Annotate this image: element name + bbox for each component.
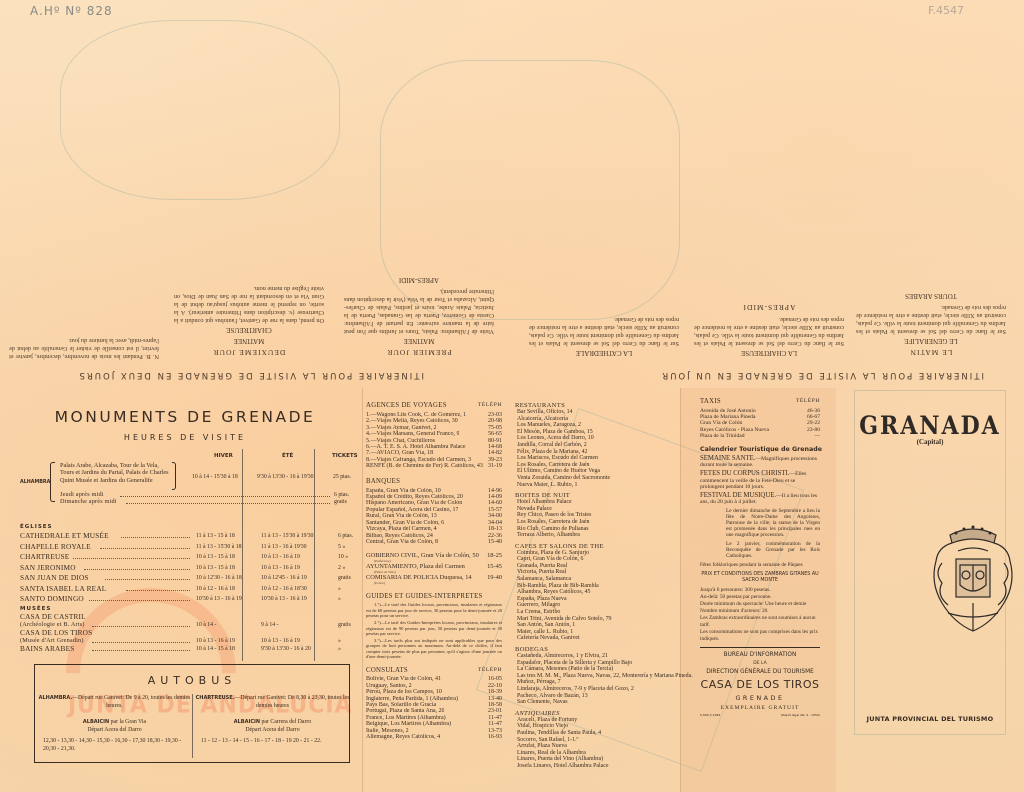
cafe: Capri, Gran Vía de Colón, 6 (515, 556, 665, 563)
taxis-list: Avenida de José Antonio46-36Plaza de Mar… (700, 408, 820, 439)
ticket-price: gratis (338, 574, 351, 582)
autobus-box: AUTOBUS ALHAMBRA.—Départ rue Ganivet: De… (34, 664, 350, 763)
office-note: (Police) (366, 581, 502, 585)
bank-name: Central, Gran Vía de Colón, 8 (366, 539, 438, 545)
monument-name: BAINS ARABES (20, 645, 75, 653)
cafe-section-title: CAFES ET SALONS DE THE (515, 543, 665, 550)
monument-name: SANTA ISABEL LA REAL (20, 585, 106, 593)
leader-dots (73, 553, 190, 559)
banks-list: España, Gran Vía de Colón, 1014-96Españo… (366, 488, 502, 546)
agency-name: RENFE (B. de Chemins de Fer) R. Católico… (366, 463, 483, 469)
taxis-header: TAXISTÉLÉPH (700, 398, 820, 405)
monuments-title: MONUMENTS DE GRENADE (16, 408, 354, 426)
zambra-condition: Nombre minimum d'acteurs: 20. (700, 608, 820, 615)
alhambra-sunday: Dimanche après midi gratis (60, 498, 354, 506)
itinerary-two-days-title: ITINERAIRE POUR LA VISITE DE GRENADE EN … (78, 370, 424, 380)
ticket-price: » (338, 637, 341, 645)
bodega: Lindaraja, Almireceros, 7-9 y Placeta de… (515, 686, 665, 693)
antique-shop: Paulina, Tendillas de Santa Paula, 4 (515, 730, 665, 737)
cafe: España, Plaza Nueva (515, 596, 665, 603)
event-name: FESTIVAL DE MUSIQUE. (700, 492, 776, 499)
monument-row: SAN JERONIMO10 à 13 - 15 à 1810 à 13 - 1… (20, 564, 354, 572)
leader-dots (126, 585, 190, 591)
guides-paragraph: 3.°)—Les tarifs plus aut indiqués ne son… (366, 638, 502, 659)
ticket-price: » (338, 595, 341, 603)
bodega: La Cámara, Mesones (Patio de la Tercia) (515, 666, 665, 673)
restaurant: Los Rosales, Carretera de Jaén (515, 462, 665, 469)
churches-title: ÉGLISES (20, 524, 53, 530)
agency: RENFE (B. de Chemins de Fer) R. Católico… (366, 463, 502, 469)
hours-summer: 9 à 14 - (261, 621, 279, 629)
restaurant: Los Manueles, Zaragoza, 2 (515, 422, 665, 429)
antique-shop-section-title: ANTIQUAIRES (515, 710, 665, 717)
autobus-divider (192, 694, 193, 758)
itinerary-col-morning: LE MATIN LE GENERALIFE Sur le flanc du C… (856, 290, 1006, 360)
leisure-column: RESTAURANTSBar Sevilla, Oficios, 14Alcai… (515, 388, 665, 770)
zambra-condition: Jusqu'à 6 personnes: 300 pesetas. (700, 587, 820, 594)
monument-name: SANTO DOMINGO (20, 595, 84, 603)
calendar-title: Calendrier Touristique de Grenade (700, 446, 820, 453)
restaurant-section-title: RESTAURANTS (515, 402, 665, 409)
leader-dots (100, 543, 191, 549)
calendar-events: SEMAINE SANTE.—Magnifiques processions d… (700, 456, 820, 505)
tourism-info-column: TAXISTÉLÉPH Avenida de José Antonio46-36… (700, 388, 820, 717)
bodega: Castañeda, Almireceros, 1 y Elvira, 21 (515, 653, 665, 660)
nightclub: Los Rosales, Carretera de Jaén (515, 519, 665, 526)
monument-row: SANTO DOMINGO10'30 à 13 - 16 à 1910'30 à… (20, 595, 354, 603)
event-name: FETES DU CORPUS CHRISTI. (700, 470, 790, 477)
office-name: COMISARIA DE POLICIA Duquesa, 14 (366, 574, 472, 581)
coat-of-arms-icon (928, 523, 1018, 635)
monument-name: CATHEDRALE ET MUSÉE (20, 532, 109, 540)
archive-mark: A.Hº Nº 828 (30, 4, 113, 18)
hours-summer: 10'30 à 13 - 16 à 19 (261, 595, 307, 603)
monument-row: BAINS ARABES10 à 14 - 15 à 189'30 à 13'3… (20, 645, 354, 653)
ticket-price: 6 ptas. (338, 532, 353, 540)
bodega-section-title: BODEGAS (515, 646, 665, 653)
hours-winter: 10 à 13 - 16 à 19 (196, 637, 235, 645)
government-office: AYUNTAMIENTO, Plaza del Carmen15-45 (366, 563, 502, 570)
calendar-notes: Le dernier dimanche de Septembre a lieu … (700, 508, 820, 559)
antique-shop: Linares, Puerta del Vino (Alhambra) (515, 756, 665, 763)
cafe: Bib-Rambla, Plaza de Bib-Rambla (515, 583, 665, 590)
autobus-right: CHARTREUSE.—Départ rue Ganivet: De 8,30 … (195, 695, 350, 746)
office-phone: 18-25 (487, 552, 502, 559)
bodega: Las tres M. M. M., Plaza Nueva, Navas, 2… (515, 673, 665, 680)
leader-dots (121, 532, 190, 538)
cafe: Coimbra, Plaza de G. Sanjurjo (515, 550, 665, 557)
bodega: San Clemente, Navas (515, 699, 665, 706)
hours-summer: 11 à 13 - 15'30 à 19'30 (261, 532, 313, 540)
ticket-price: » (338, 645, 341, 653)
taxi-stand-name: Plaza de la Trinidad (700, 433, 745, 439)
office-phone: 15-45 (487, 563, 502, 570)
cover-title: GRANADA (850, 411, 1010, 441)
leader-dots (92, 621, 190, 627)
hours-winter: 10 à 12'30 - 16 à 18 (196, 574, 242, 582)
restaurant: Bar Sevilla, Oficios, 14 (515, 409, 665, 416)
ticket-price: 2 » (338, 564, 345, 572)
monument-name: SAN JUAN DE DIOS (20, 574, 89, 582)
government-office: GOBIERNO CIVIL, Gran Vía de Colón, 5018-… (366, 552, 502, 559)
ticket-price: 10 » (338, 553, 348, 561)
header-winter: HIVER (214, 453, 233, 459)
bank-phone: 15-40 (488, 539, 502, 545)
zambras-list: Jusqu'à 6 personnes: 300 pesetas.Au-delà… (700, 587, 820, 643)
monument-row: CATHEDRALE ET MUSÉE11 à 13 - 15 à 1811 à… (20, 532, 354, 540)
monument-row: CHARTREUSE10 à 13 - 15 à 1810 à 13 - 16 … (20, 553, 354, 561)
brace-left (50, 462, 55, 502)
restaurant: Félix, Plaza de la Mariana, 42 (515, 449, 665, 456)
hours-summer: 10 à 12 - 16 à 18'30 (261, 585, 307, 593)
hours-winter: 10 à 12 - 16 à 18 (196, 585, 235, 593)
zambra-condition: Les consommations ne sont pas comprises … (700, 629, 820, 643)
hours-summer: 11 à 13 - 16 à 19'30 (261, 543, 307, 551)
itinerary-panel-upside-down: ITINERAIRE POUR LA VISITE DE GRENADE EN … (0, 0, 1024, 388)
antique-shop: Vidal, Hospicio Viejo (515, 723, 665, 730)
restaurant: Venta Zoraida, Camino del Sacromonte (515, 475, 665, 482)
monument-row: CHAPELLE ROYALE11 à 13 - 15'30 à 1811 à … (20, 543, 354, 551)
header-tickets: TICKETS (332, 453, 358, 459)
itinerary-first-day: PREMIER JOUR MATINEE Visite de l'Alhambr… (344, 274, 494, 360)
antique-shop: Araceli, Plaza de Fortuny (515, 717, 665, 724)
cover-subtitle: (Capital) (850, 438, 1010, 446)
ticket-price: gratis (338, 621, 351, 629)
office-name: GOBIERNO CIVIL, Gran Vía de Colón, 50 (366, 552, 479, 559)
office-name: AYUNTAMIENTO, Plaza del Carmen (366, 563, 465, 570)
consulate-phone: 16-93 (488, 734, 502, 740)
restaurant: Alcaicería, Alcaicería (515, 416, 665, 423)
nightclub: Terraza Alberto, Alhambra (515, 532, 665, 539)
leader-dots (105, 574, 190, 580)
consulates-header: CONSULATSTÉLÉPH (366, 667, 502, 674)
ticket-price: » (338, 585, 341, 593)
consulate: Allemagne, Reyes Católicos, 416-93 (366, 734, 502, 740)
monument-name: SAN JERONIMO (20, 564, 76, 572)
antique-shop: Arrufat, Plaza Nueva (515, 743, 665, 750)
cover-footer: JUNTA PROVINCIAL DEL TURISMO (850, 715, 1010, 723)
cafe: Cafetería Nevada, Ganivet (515, 635, 665, 642)
divider (700, 647, 820, 648)
consulates-list: Bolivie, Gran Vía de Colón, 4116-05Urugu… (366, 676, 502, 740)
restaurant: Los Mariscos, Escudo del Carmen (515, 455, 665, 462)
banks-header: BANQUES (366, 478, 502, 485)
bank: Central, Gran Vía de Colón, 815-40 (366, 539, 502, 545)
calendar-note: Le dernier dimanche de Septembre a lieu … (700, 508, 820, 538)
hours-winter: 10 à 13 - 15 à 18 (196, 553, 235, 561)
bodega: Pacheco, Alvaro de Bazán, 13 (515, 693, 665, 700)
hours-winter: 10'30 à 13 - 16 à 19 (196, 595, 242, 603)
hours-winter: 10 à 14 - (196, 621, 216, 629)
hours-winter: 10 à 14 - 15 à 18 (196, 645, 235, 653)
zambras-title: PRIX ET CONDITIONS DES ZAMBRAS GITANES A… (700, 572, 820, 584)
itinerary-note: N. B. Pendant les mois de novembre, dece… (9, 336, 159, 360)
cafe: San Antón, San Antón, 1 (515, 622, 665, 629)
leader-dots (84, 564, 190, 570)
hours-summer: 10 à 13 - 16 à 19 (261, 564, 300, 572)
ticket-price: 5 » (338, 543, 345, 551)
calendar-event: SEMAINE SANTE.—Magnifiques processions d… (700, 456, 820, 468)
guides-paragraph: 2.°)—Le tarif des Guides-Interprètes loc… (366, 620, 502, 636)
hours-summer: 10 à 13 - 16 à 19 (261, 637, 300, 645)
header-summer: ÉTÉ (282, 453, 293, 459)
nightclub-section-title: BOITES DE NUIT (515, 492, 665, 499)
itinerary-col-charterhouse: LA CHARTREUSE Sur le flanc du Cerro del … (694, 301, 844, 360)
archive-mark-secondary: F.4547 (928, 4, 964, 17)
bottom-half: MONUMENTS DE GRENADE HEURES DE VISITE HI… (0, 388, 1024, 792)
agencies-header: AGENCES DE VOYAGESTÉLÉPH (366, 402, 502, 409)
autobus-left: ALHAMBRA.—Départ rue Ganivet: De 9 à 20,… (37, 695, 192, 753)
government-office: COMISARIA DE POLICIA Duquesa, 1419-40 (366, 574, 502, 581)
cafe: Mari Trini, Avenida de Calvo Sotelo, 79 (515, 616, 665, 623)
guides-paragraph: 1.°)—Le tarif des Guides locaux, provinc… (366, 602, 502, 618)
bureau-block: BUREAU D'INFORMATION DE LA DIRECTION GÉN… (700, 652, 820, 717)
leader-dots (92, 637, 190, 643)
itinerary-second-day: DEUXIEME JOUR MATINEE CHARTREUSE On pren… (174, 284, 324, 360)
leader-dots (89, 595, 190, 601)
antique-shop: Josefa Linares, Hotel Alhambra Palace (515, 763, 665, 770)
taxi-stand-phone: — (814, 433, 820, 439)
event-name: SEMAINE SANTE. (700, 455, 756, 462)
hours-winter: 11 à 13 - 15 à 18 (196, 532, 235, 540)
nightclub: Hotel Alhambra Palace (515, 499, 665, 506)
bodega: Muñoz, Pérraga, 7 (515, 679, 665, 686)
hours-summer: 10 à 12'45 - 16 à 19 (261, 574, 307, 582)
cafe: La Crema, Estribo (515, 609, 665, 616)
calendar-event: FESTIVAL DE MUSIQUE.—Il a lieu tous les … (700, 493, 820, 505)
guides-text: 1.°)—Le tarif des Guides locaux, provinc… (366, 602, 502, 659)
hours-winter: 10 à 13 - 15 à 18 (196, 564, 235, 572)
calendar-event: FETES DU CORPUS CHRISTI.—Elles commencen… (700, 471, 820, 490)
consulate-name: Allemagne, Reyes Católicos, 4 (366, 734, 440, 740)
cafe: Alhambra, Reyes Católicos, 45 (515, 589, 665, 596)
restaurant: Jandilla, Corral del Carbón, 2 (515, 442, 665, 449)
nightclub: Río Club, Camino de Pulianas (515, 526, 665, 533)
folklore-note: Fêtes folkloriques pendant la semaine de… (700, 562, 820, 568)
restaurant: El Mesón, Plaza de Gamboa, 15 (515, 429, 665, 436)
agency-phone: 31-19 (488, 463, 502, 469)
nightclub: Rey Chico, Paseo de los Tristes (515, 512, 665, 519)
calendar-note: Le 2 janvier, commémoration de la Reconq… (700, 541, 820, 559)
hours-summer: 10 à 13 - 16 à 19 (261, 553, 300, 561)
taxi-stand: Plaza de la Trinidad— (700, 433, 820, 439)
nightclub: Nevada Palace (515, 506, 665, 513)
itinerary-one-day-title: ITINERAIRE POUR LA VISITE DE GRENADE EN … (660, 370, 984, 380)
cafe: Granada, Puerta Real (515, 563, 665, 570)
monument-name: CHARTREUSE (20, 553, 69, 561)
zambra-condition: Durée minimum du spectacle: Une heure et… (700, 601, 820, 608)
autobus-title: AUTOBUS (35, 674, 349, 687)
monuments-panel: MONUMENTS DE GRENADE HEURES DE VISITE HI… (16, 388, 354, 792)
hours-winter: 11 à 13 - 15'30 à 18 (196, 543, 242, 551)
cafe: Guerrero, Milagro (515, 602, 665, 609)
cafe: Salamanca, Salamanca (515, 576, 665, 583)
agencies-list: 1.—Wagons Lits Cook, C. de Gomérez, 123-… (366, 412, 502, 470)
leader-dots (92, 645, 190, 651)
hours-summer: 9'30 à 13'30 - 16 à 20 (261, 645, 311, 653)
zambra-condition: Au-delà: 50 pesetas par personne. (700, 594, 820, 601)
guides-header: GUIDES ET GUIDES-INTERPRETES (366, 593, 502, 600)
monument-name: CHAPELLE ROYALE (20, 543, 91, 551)
services-column: AGENCES DE VOYAGESTÉLÉPH 1.—Wagons Lits … (366, 388, 502, 740)
itinerary-col-cathedral: LA CATHEDRALE Sur le flanc du Cerro del … (529, 315, 679, 360)
government-list: GOBIERNO CIVIL, Gran Vía de Colón, 5018-… (366, 552, 502, 585)
zambra-condition: Les Zambras extraordinaires ne sont soum… (700, 615, 820, 629)
restaurant: El Ultimo, Camino de Huétor Vega (515, 468, 665, 475)
monuments-subtitle: HEURES DE VISITE (16, 433, 354, 442)
restaurant: Los Leones, Acera del Darro, 10 (515, 435, 665, 442)
monument-row: SAN JUAN DE DIOS10 à 12'30 - 16 à 1810 à… (20, 574, 354, 582)
alhambra-hours: 10 à 14 - 15'30 à 18 9'30 à 13'30 - 16 à… (16, 473, 350, 481)
monument-row: SANTA ISABEL LA REAL10 à 12 - 16 à 1810 … (20, 585, 354, 593)
restaurant: Nueva Maier, L. Rubio, 1 (515, 482, 665, 489)
cafe: Victoria, Puerta Real (515, 569, 665, 576)
office-phone: 19-40 (487, 574, 502, 581)
